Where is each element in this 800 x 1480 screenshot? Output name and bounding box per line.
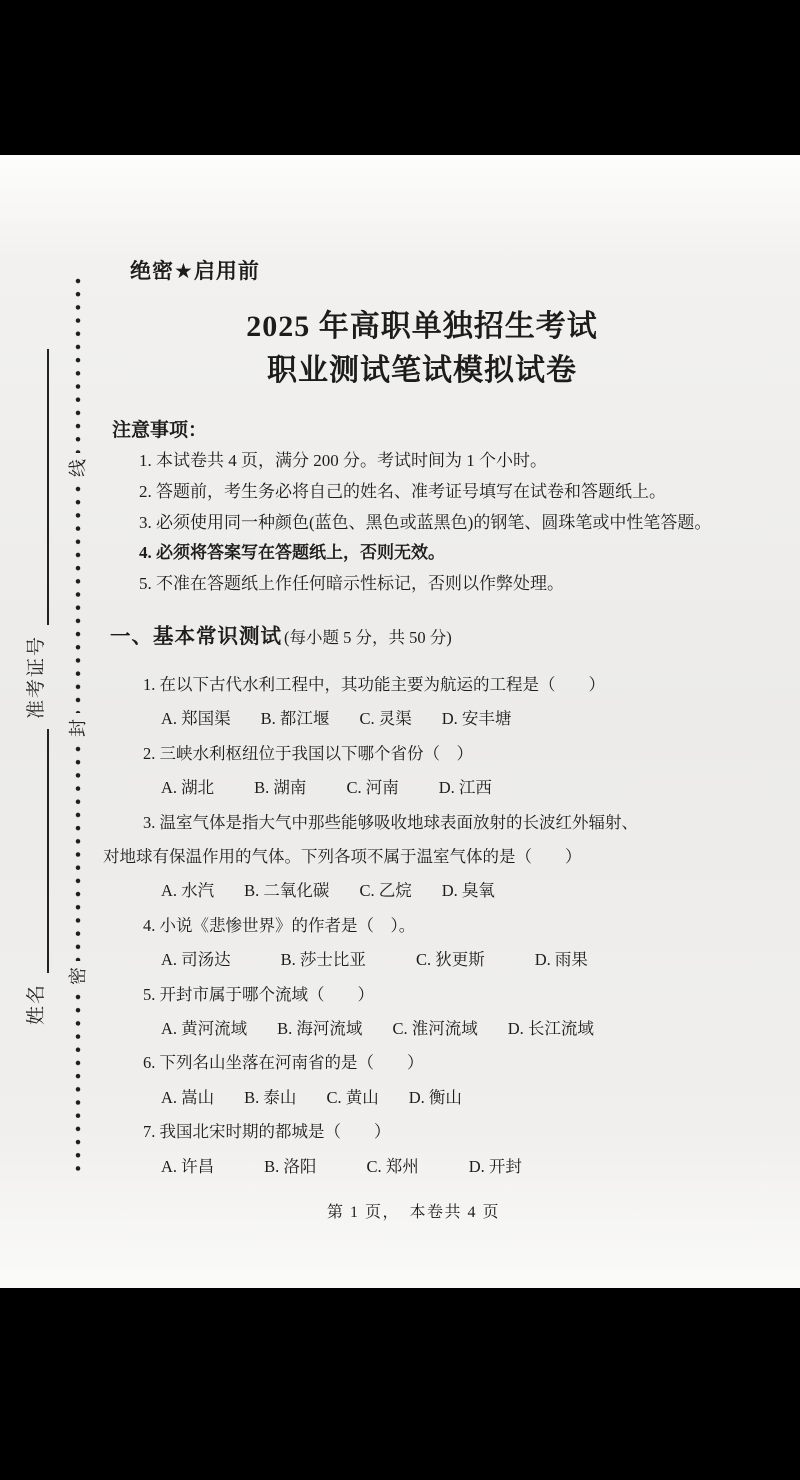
option: B. 莎士比亚	[281, 943, 366, 977]
question-block: 2. 三峡水利枢纽位于我国以下哪个省份（ ） A. 湖北 B. 湖南 C. 河南…	[103, 737, 764, 806]
option: A. 司汤达	[161, 943, 231, 977]
option: D. 臭氧	[442, 874, 495, 908]
section-heading: 一、基本常识测试(每小题 5 分，共 50 分)	[110, 619, 452, 649]
question-block: 6. 下列名山坐落在河南省的是（ ） A. 嵩山 B. 泰山 C. 黄山 D. …	[103, 1046, 764, 1115]
question-block: 7. 我国北宋时期的都城是（ ） A. 许昌 B. 洛阳 C. 郑州 D. 开封	[103, 1115, 764, 1184]
question-block: 3. 温室气体是指大气中那些能够吸收地球表面放射的长波红外辐射、 对地球有保温作…	[103, 806, 764, 909]
exam-paper-page: 线 封 密 姓名 准考证号 绝密★启用前 2025 年高职单独招生考试 职业测试…	[0, 155, 800, 1288]
note-item: 3. 必须使用同一种颜色(蓝色、黑色或蓝黑色)的钢笔、圆珠笔或中性笔答题。	[139, 508, 711, 539]
option: A. 郑国渠	[161, 702, 231, 736]
option: A. 许昌	[161, 1150, 214, 1184]
note-item: 1. 本试卷共 4 页，满分 200 分。考试时间为 1 个小时。	[139, 446, 711, 477]
option: B. 泰山	[244, 1081, 296, 1115]
option: B. 二氧化碳	[244, 874, 329, 908]
exam-number-label: 准考证号	[25, 635, 49, 719]
question-text: 7. 我国北宋时期的都城是（ ）	[103, 1115, 764, 1149]
note-item: 5. 不准在答题纸上作任何暗示性标记，否则以作弊处理。	[139, 569, 711, 600]
question-block: 5. 开封市属于哪个流域（ ） A. 黄河流域 B. 海河流域 C. 淮河流域 …	[103, 978, 764, 1047]
seal-dotted-segment	[67, 743, 89, 961]
option: B. 洛阳	[264, 1150, 316, 1184]
question-text: 4. 小说《悲惨世界》的作者是（ ）。	[103, 909, 764, 943]
option: A. 湖北	[161, 771, 214, 805]
option: C. 灵渠	[359, 702, 411, 736]
question-text: 3. 温室气体是指大气中那些能够吸收地球表面放射的长波红外辐射、	[103, 806, 764, 840]
option-row: A. 郑国渠 B. 都江堰 C. 灵渠 D. 安丰塘	[103, 702, 764, 736]
exam-title-line1: 2025 年高职单独招生考试	[103, 301, 741, 345]
name-blank-line	[27, 729, 49, 973]
question-text-continued: 对地球有保温作用的气体。下列各项不属于温室气体的是（ ）	[103, 840, 764, 874]
option: B. 湖南	[254, 771, 306, 805]
option: D. 安丰塘	[442, 702, 512, 736]
seal-char-xian: 线	[65, 457, 91, 479]
exam-number-blank-line	[27, 349, 49, 625]
seal-dotted-segment	[67, 483, 89, 713]
option: C. 乙烷	[359, 874, 411, 908]
page-footer: 第 1 页， 本卷共 4 页	[83, 1199, 744, 1222]
note-item: 4. 必须将答案写在答题纸上，否则无效。	[139, 538, 711, 569]
letterbox-bottom	[0, 1288, 800, 1480]
option: D. 开封	[469, 1150, 522, 1184]
option-row: A. 黄河流域 B. 海河流域 C. 淮河流域 D. 长江流域	[103, 1012, 764, 1046]
option-row: A. 许昌 B. 洛阳 C. 郑州 D. 开封	[103, 1150, 764, 1184]
question-text: 5. 开封市属于哪个流域（ ）	[103, 978, 764, 1012]
option-row: A. 司汤达 B. 莎士比亚 C. 狄更斯 D. 雨果	[103, 943, 764, 977]
option: A. 水汽	[161, 874, 214, 908]
question-text: 2. 三峡水利枢纽位于我国以下哪个省份（ ）	[103, 737, 764, 771]
option: A. 黄河流域	[161, 1012, 247, 1046]
question-text: 1. 在以下古代水利工程中，其功能主要为航运的工程是（ ）	[103, 668, 764, 702]
option: C. 河南	[346, 771, 398, 805]
question-block: 1. 在以下古代水利工程中，其功能主要为航运的工程是（ ） A. 郑国渠 B. …	[103, 668, 764, 737]
notes-heading: 注意事项：	[112, 415, 207, 442]
note-item: 2. 答题前，考生务必将自己的姓名、准考证号填写在试卷和答题纸上。	[139, 477, 711, 508]
option-row: A. 湖北 B. 湖南 C. 河南 D. 江西	[103, 771, 764, 805]
section-score-note: (每小题 5 分，共 50 分)	[284, 628, 452, 647]
seal-dotted-segment	[67, 275, 89, 453]
question-text: 6. 下列名山坐落在河南省的是（ ）	[103, 1046, 764, 1080]
option: C. 郑州	[366, 1150, 418, 1184]
option: D. 衡山	[409, 1081, 462, 1115]
option: D. 江西	[439, 771, 492, 805]
seal-char-feng: 封	[65, 717, 91, 739]
option: D. 长江流域	[508, 1012, 594, 1046]
question-block: 4. 小说《悲惨世界》的作者是（ ）。 A. 司汤达 B. 莎士比亚 C. 狄更…	[103, 909, 764, 978]
section-title: 一、基本常识测试	[110, 625, 282, 648]
option: B. 海河流域	[277, 1012, 362, 1046]
option: C. 黄山	[326, 1081, 378, 1115]
option-row: A. 嵩山 B. 泰山 C. 黄山 D. 衡山	[103, 1081, 764, 1115]
name-label: 姓名	[25, 983, 49, 1025]
option: B. 都江堰	[261, 702, 330, 736]
candidate-info-strip: 姓名 准考证号	[23, 335, 49, 1025]
notes-list: 1. 本试卷共 4 页，满分 200 分。考试时间为 1 个小时。 2. 答题前…	[139, 446, 711, 600]
seal-line: 线 封 密	[67, 275, 89, 1175]
seal-char-mi: 密	[65, 965, 91, 987]
option: C. 淮河流域	[392, 1012, 477, 1046]
secret-label: 绝密★启用前	[130, 255, 260, 285]
letterbox-top	[0, 0, 800, 155]
seal-dotted-segment	[67, 991, 89, 1175]
option-row: A. 水汽 B. 二氧化碳 C. 乙烷 D. 臭氧	[103, 874, 764, 908]
option: A. 嵩山	[161, 1081, 214, 1115]
question-list: 1. 在以下古代水利工程中，其功能主要为航运的工程是（ ） A. 郑国渠 B. …	[103, 668, 764, 1184]
option: C. 狄更斯	[416, 943, 485, 977]
option: D. 雨果	[535, 943, 588, 977]
exam-title-line2: 职业测试笔试模拟试卷	[103, 345, 741, 389]
